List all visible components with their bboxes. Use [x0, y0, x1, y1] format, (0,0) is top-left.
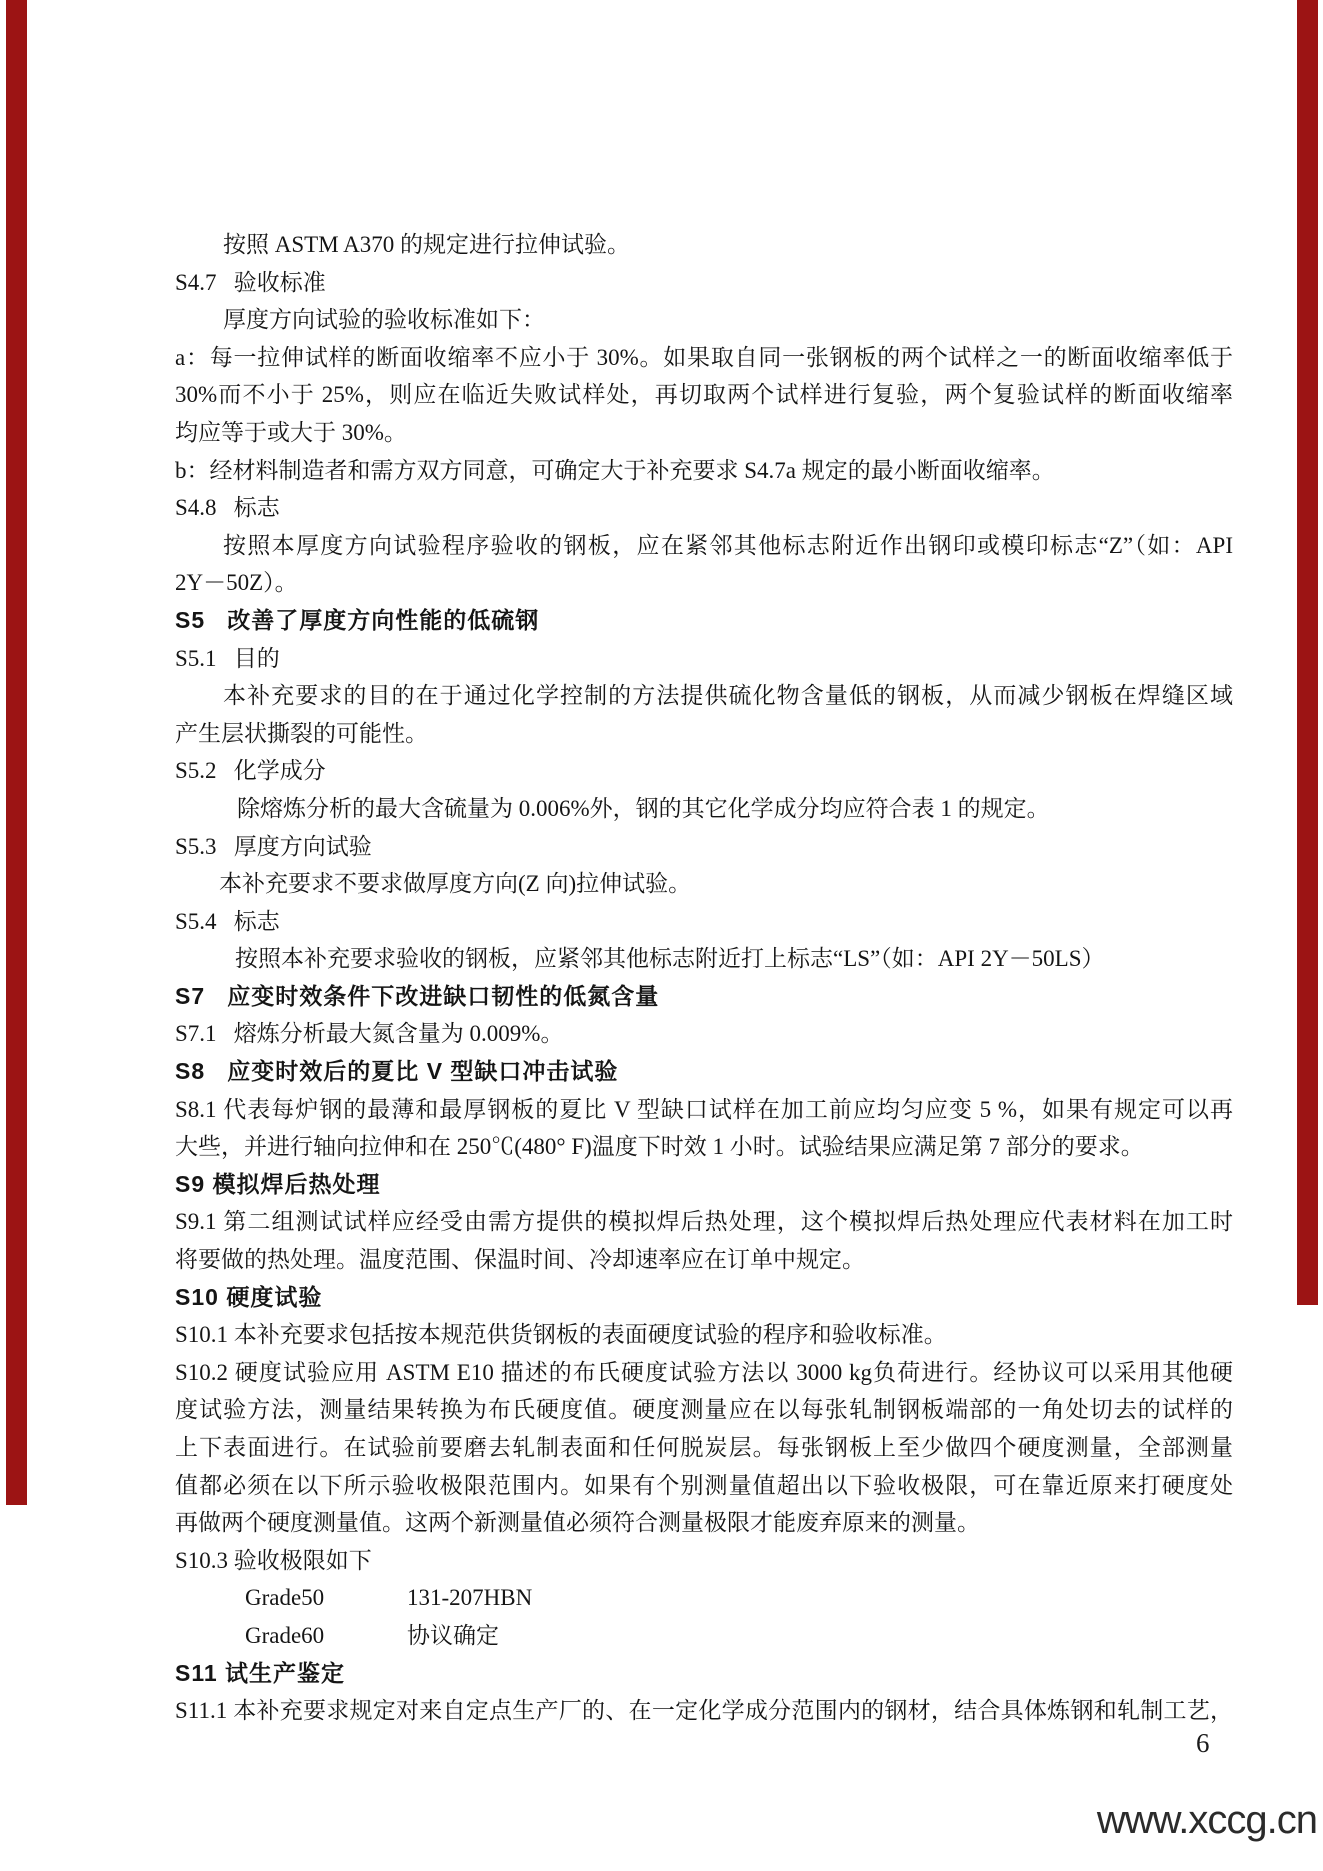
text-line: S5.1 目的 [175, 640, 1233, 678]
text-line: 2Y－50Z）。 [175, 564, 1233, 602]
text-line: S5.4 标志 [175, 903, 1233, 941]
section-heading: S11 试生产鉴定 [175, 1655, 1233, 1693]
grade-row: Grade60协议确定 [175, 1617, 1233, 1655]
text-line: a：每一拉伸试样的断面收缩率不应小于 30%。如果取自同一张钢板的两个试样之一的… [175, 339, 1233, 377]
text-line: 按照 ASTM A370 的规定进行拉伸试验。 [175, 226, 1233, 264]
section-heading: S10 硬度试验 [175, 1279, 1233, 1317]
section-heading: S7 应变时效条件下改进缺口韧性的低氮含量 [175, 978, 1233, 1016]
left-edge-red-bar [6, 0, 27, 1505]
text-line: S10.1 本补充要求包括按本规范供货钢板的表面硬度试验的程序和验收标准。 [175, 1316, 1233, 1354]
text-line: S11.1 本补充要求规定对来自定点生产厂的、在一定化学成分范围内的钢材，结合具… [175, 1692, 1233, 1730]
grade-row: Grade50131-207HBN [175, 1579, 1233, 1617]
text-line: 除熔炼分析的最大含硫量为 0.006%外，钢的其它化学成分均应符合表 1 的规定… [175, 790, 1233, 828]
grade-limit-value: 131-207HBN [407, 1585, 532, 1610]
text-line: 值都必须在以下所示验收极限范围内。如果有个别测量值超出以下验收极限，可在靠近原来… [175, 1467, 1233, 1505]
text-line: 度试验方法，测量结果转换为布氏硬度值。硬度测量应在以每张轧制钢板端部的一角处切去… [175, 1391, 1233, 1429]
text-line: 上下表面进行。在试验前要磨去轧制表面和任何脱炭层。每张钢板上至少做四个硬度测量，… [175, 1429, 1233, 1467]
text-line: 厚度方向试验的验收标准如下： [175, 301, 1233, 339]
text-line: S8.1 代表每炉钢的最薄和最厚钢板的夏比 V 型缺口试样在加工前应均匀应变 5… [175, 1091, 1233, 1129]
text-line: 按照本厚度方向试验程序验收的钢板，应在紧邻其他标志附近作出钢印或模印标志“Z”（… [175, 527, 1233, 565]
text-line: S5.2 化学成分 [175, 752, 1233, 790]
text-line: S10.3 验收极限如下 [175, 1542, 1233, 1580]
text-line: 均应等于或大于 30%。 [175, 414, 1233, 452]
grade-name: Grade50 [245, 1579, 407, 1617]
text-line: S9.1 第二组测试试样应经受由需方提供的模拟焊后热处理，这个模拟焊后热处理应代… [175, 1203, 1233, 1241]
text-line: b：经材料制造者和需方双方同意，可确定大于补充要求 S4.7a 规定的最小断面收… [175, 452, 1233, 490]
text-line: 本补充要求不要求做厚度方向(Z 向)拉伸试验。 [175, 865, 1233, 903]
text-line: S4.7 验收标准 [175, 264, 1233, 302]
section-heading: S8 应变时效后的夏比 V 型缺口冲击试验 [175, 1053, 1233, 1091]
site-watermark: www.xccg.cn [1097, 1798, 1317, 1843]
section-heading: S9 模拟焊后热处理 [175, 1166, 1233, 1204]
right-edge-red-bar [1297, 0, 1318, 1305]
text-line: S7.1 熔炼分析最大氮含量为 0.009%。 [175, 1015, 1233, 1053]
document-page: 按照 ASTM A370 的规定进行拉伸试验。S4.7 验收标准厚度方向试验的验… [0, 0, 1323, 1871]
text-line: 大些，并进行轴向拉伸和在 250℃(480° F)温度下时效 1 小时。试验结果… [175, 1128, 1233, 1166]
text-line: S4.8 标志 [175, 489, 1233, 527]
text-line: 将要做的热处理。温度范围、保温时间、冷却速率应在订单中规定。 [175, 1241, 1233, 1279]
text-line: 按照本补充要求验收的钢板，应紧邻其他标志附近打上标志“LS”（如：API 2Y－… [175, 940, 1233, 978]
grade-name: Grade60 [245, 1617, 407, 1655]
text-line: S10.2 硬度试验应用 ASTM E10 描述的布氏硬度试验方法以 3000 … [175, 1354, 1233, 1392]
page-number: 6 [1196, 1728, 1210, 1759]
text-line: S5.3 厚度方向试验 [175, 828, 1233, 866]
text-line: 30%而不小于 25%，则应在临近失败试样处，再切取两个试样进行复验，两个复验试… [175, 376, 1233, 414]
document-body-text: 按照 ASTM A370 的规定进行拉伸试验。S4.7 验收标准厚度方向试验的验… [175, 226, 1233, 1730]
text-line: 产生层状撕裂的可能性。 [175, 715, 1233, 753]
text-line: 本补充要求的目的在于通过化学控制的方法提供硫化物含量低的钢板，从而减少钢板在焊缝… [175, 677, 1233, 715]
grade-limit-value: 协议确定 [407, 1623, 499, 1648]
section-heading: S5 改善了厚度方向性能的低硫钢 [175, 602, 1233, 640]
text-line: 再做两个硬度测量值。这两个新测量值必须符合测量极限才能废弃原来的测量。 [175, 1504, 1233, 1542]
